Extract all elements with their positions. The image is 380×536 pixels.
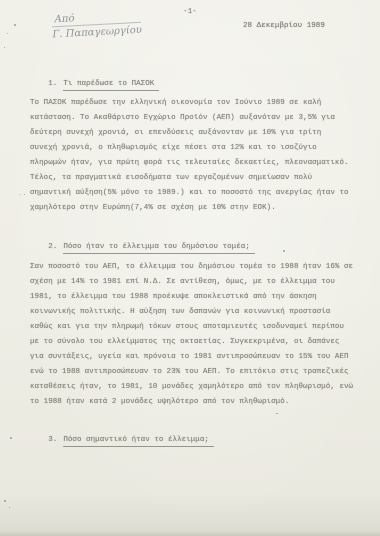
paragraph-line: καταθέσεις ήταν, το 1981, 10 μονάδες χαμ… [30, 380, 353, 395]
scan-speck [4, 500, 6, 502]
scan-speck [10, 437, 12, 439]
section-3-heading: 3.Πόσο σημαντικό ήταν το έλλειμμα; [30, 428, 214, 452]
scanned-document-page: -1- Από Γ. Παπαγεωργίου 28 Δεκεμβρίου 19… [0, 0, 380, 536]
section-2-paragraph: Σαν ποσοστό του ΑΕΠ, το έλλειμμα του δημ… [30, 260, 353, 410]
scan-speck [7, 33, 8, 34]
paragraph-line: καθώς και για την πληρωμή τόκων στους απ… [30, 320, 353, 335]
paragraph-line: με το σύνολο του ελλείμματος της οκταετί… [30, 335, 353, 350]
section-2-heading: 2.Πόσο ήταν το έλλειμμα του δημόσιου τομ… [30, 235, 255, 259]
scan-speck [283, 250, 285, 252]
section-3-title: Πόσο σημαντικό ήταν το έλλειμμα; [63, 436, 214, 447]
paragraph-line: ενώ το 1988 αντιπροσώπευαν το 23% του ΑΕ… [30, 365, 353, 380]
section-1-heading: 1.Τι παρέδωσε το ΠΑΣΟΚ [30, 72, 159, 96]
scan-speck [4, 47, 5, 48]
paragraph-line: δεύτερη συνεχή χρονιά, οι επενδύσεις αυξ… [30, 126, 349, 141]
document-date: 28 Δεκεμβρίου 1989 [243, 22, 325, 30]
scan-smudge: .. [18, 190, 27, 197]
section-1-number: 1. [48, 80, 57, 88]
paragraph-line: σχέση με 14% το 1981 επί Ν.Δ. Σε αντίθεσ… [30, 275, 353, 290]
section-1-title: Τι παρέδωσε το ΠΑΣΟΚ [63, 80, 159, 91]
scan-speck [14, 24, 16, 26]
paragraph-line: για συντάξεις, υγεία και πρόνοια το 1981… [30, 350, 353, 365]
paragraph-line: το 1988 ήταν κατά 2 μονάδες υψηλότερο απ… [30, 395, 353, 410]
section-1-paragraph: Το ΠΑΣΟΚ παρέδωσε την ελληνική οικονομία… [30, 96, 349, 216]
paragraph-line: Το ΠΑΣΟΚ παρέδωσε την ελληνική οικονομία… [30, 96, 349, 111]
paragraph-line: 1981, το έλλειμμα του 1988 προέκυψε αποκ… [30, 290, 353, 305]
scan-speck [9, 507, 10, 508]
paragraph-line: πληρωμών ήταν, για πρώτη φορά τις τελευτ… [30, 156, 349, 171]
paragraph-line: χαμηλότερο στην Ευρώπη(7,4% σε σχέση με … [30, 201, 349, 216]
paragraph-line: Σαν ποσοστό του ΑΕΠ, το έλλειμμα του δημ… [30, 260, 353, 275]
paragraph-line: σημαντική αύξηση(5% μόνο το 1989.) και τ… [30, 186, 349, 201]
page-number: -1- [170, 8, 210, 16]
paragraph-line: κοινωνικής πολιτικής. Η αύξηση των δαπαν… [30, 305, 353, 320]
paragraph-line: Τέλος, τα πραγματικά εισοδήματα των εργα… [30, 171, 349, 186]
section-2-number: 2. [48, 243, 57, 251]
scan-speck [276, 413, 278, 414]
handwritten-note: Από Γ. Παπαγεωργίου [54, 9, 142, 41]
section-2-title: Πόσο ήταν το έλλειμμα του δημόσιου τομέα… [63, 243, 255, 254]
paragraph-line: συνεχή χρονιά, ο πληθωρισμός είχε πέσει … [30, 141, 349, 156]
section-3-number: 3. [48, 436, 57, 444]
paragraph-line: κατάσταση. Το Ακαθάριστο Εγχώριο Προϊόν … [30, 111, 349, 126]
